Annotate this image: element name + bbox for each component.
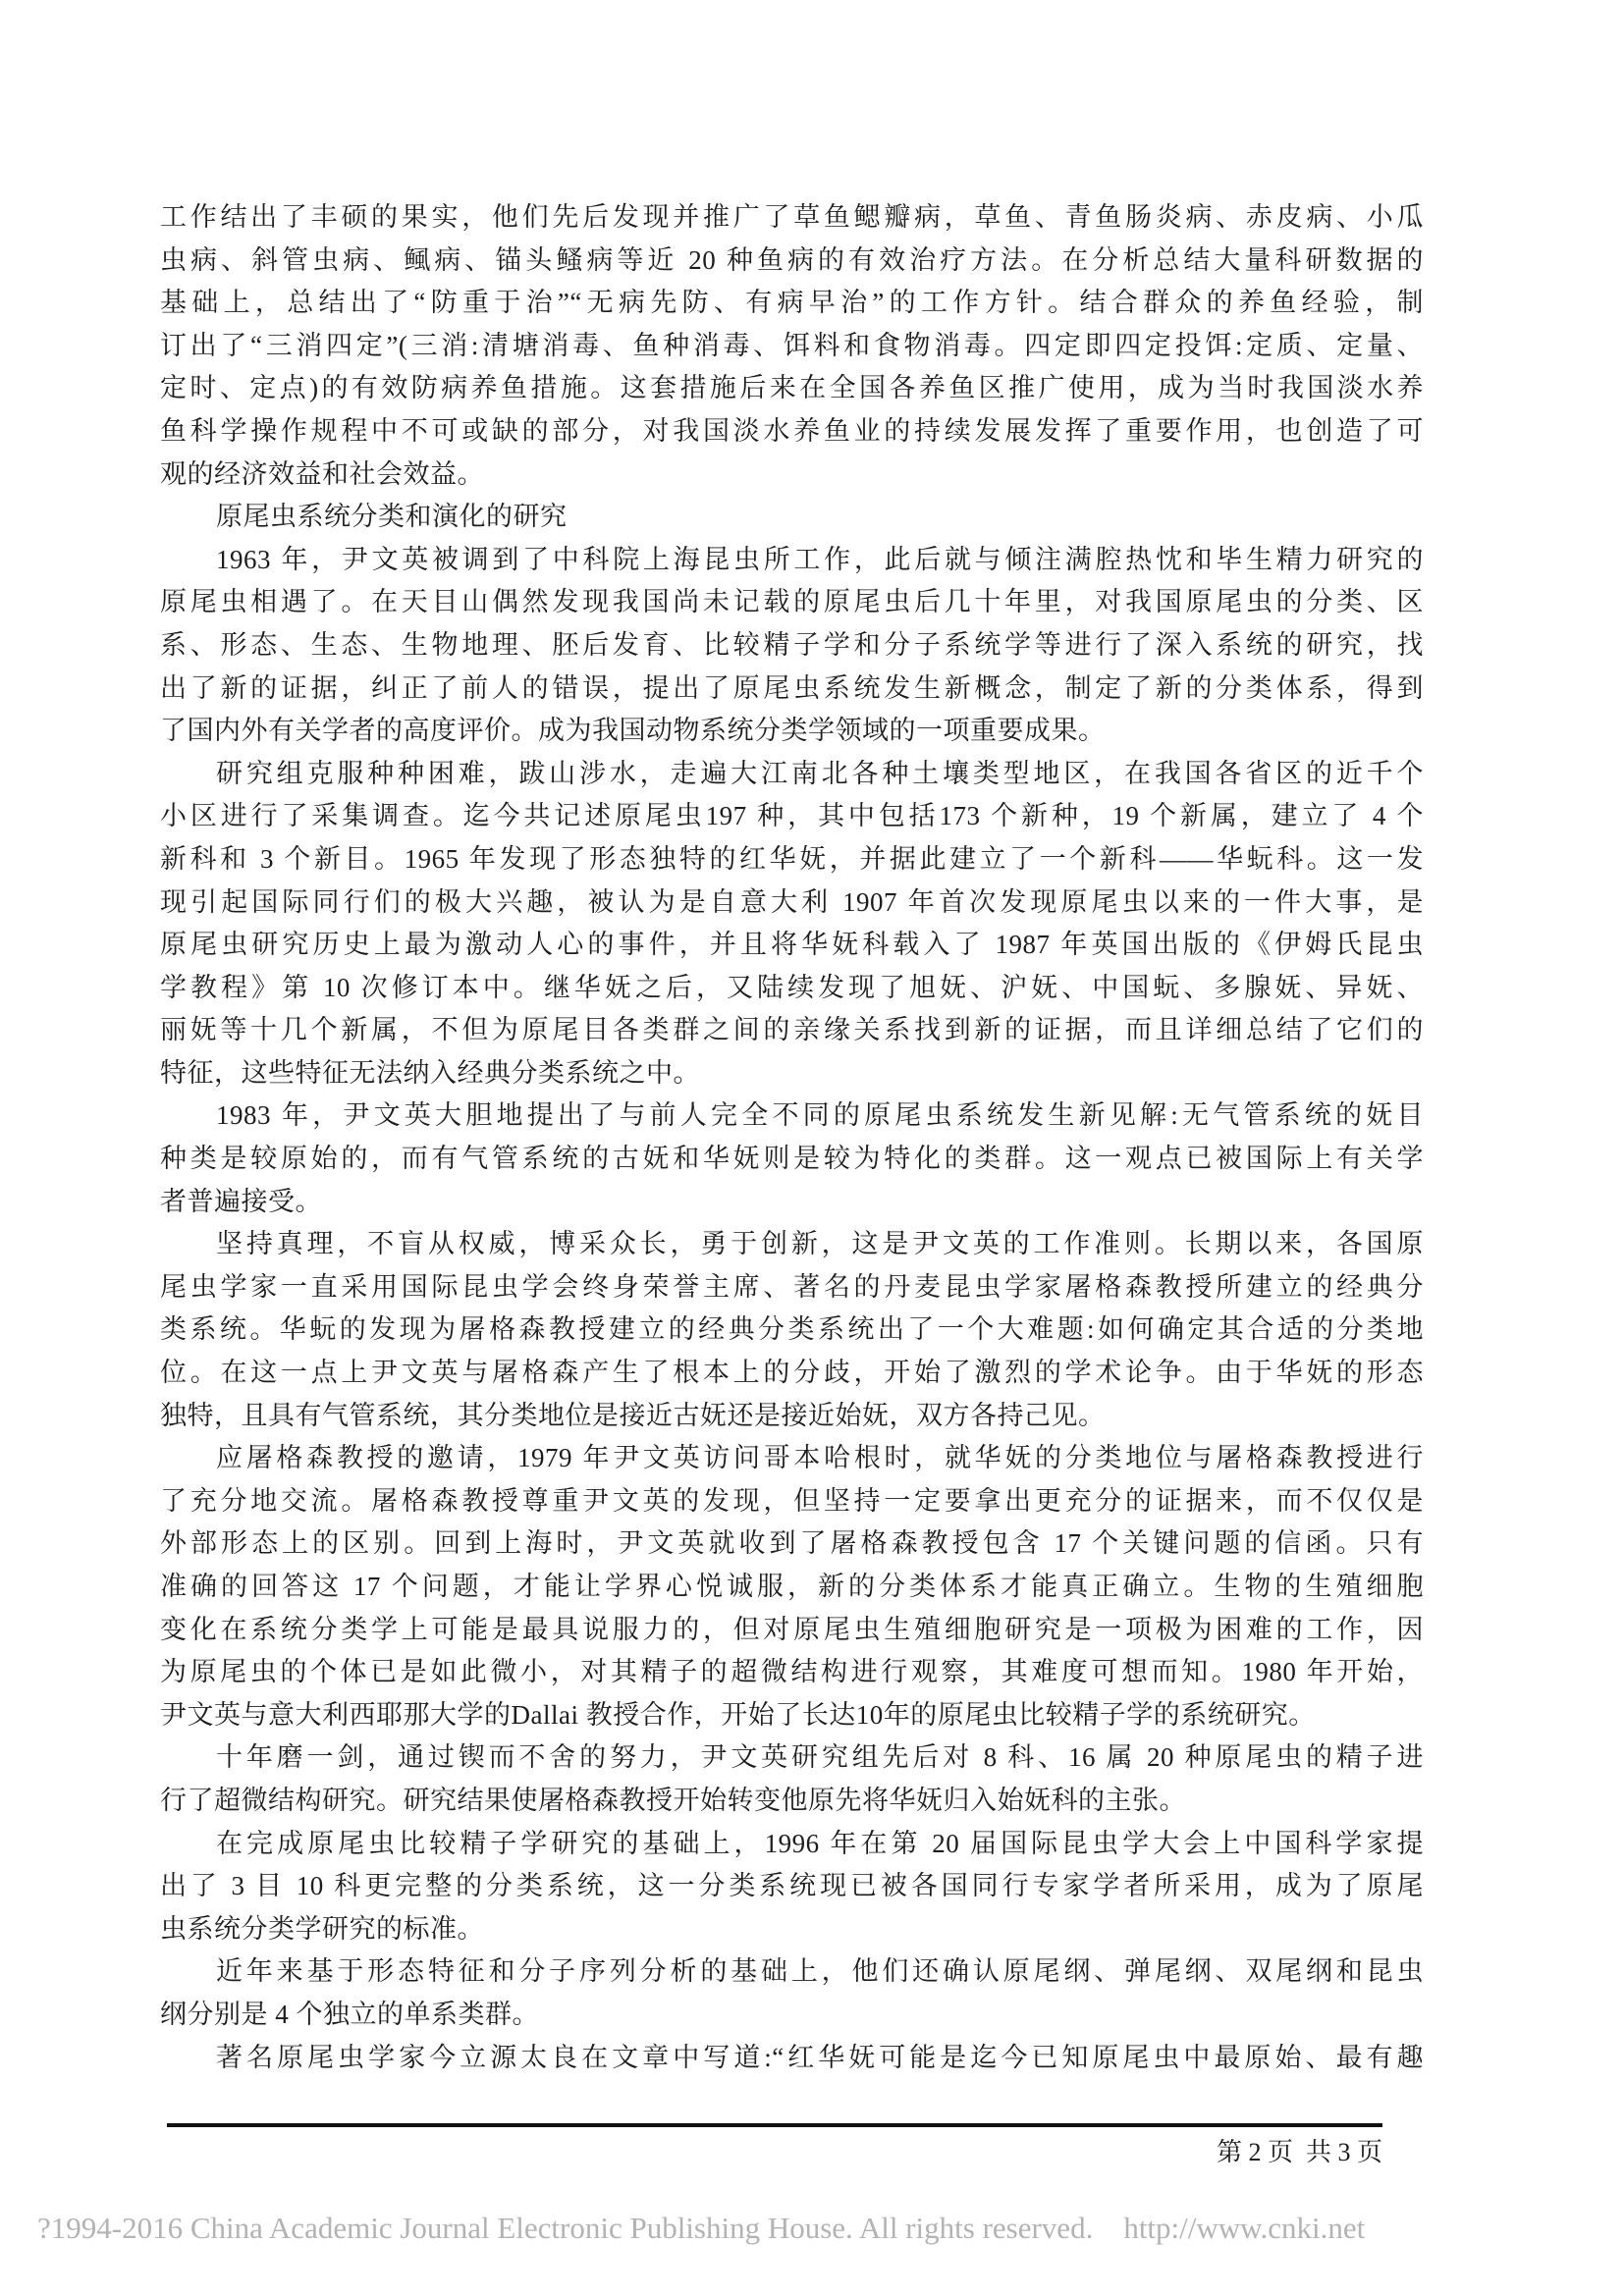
text-line: 类系统。华蚖的发现为屠格森教授建立的经典分类系统出了一个大难题:如何确定其合适的… (160, 1308, 1424, 1352)
text-line: 著名原尾虫学家今立源太良在文章中写道:“红华妩可能是迄今已知原尾虫中最原始、最有… (160, 2037, 1424, 2080)
text-line: 行了超微结构研究。研究结果使屠格森教授开始转变他原先将华妩归入始妩科的主张。 (160, 1780, 1424, 1823)
text-line: 1963 年，尹文英被调到了中科院上海昆虫所工作，此后就与倾注满腔热忱和毕生精力… (160, 539, 1424, 582)
paragraph: 坚持真理，不盲从权威，博采众长，勇于创新，这是尹文英的工作准则。长期以来，各国原… (160, 1223, 1424, 1437)
text-line: 原尾虫系统分类和演化的研究 (160, 496, 1424, 539)
paragraph: 应屠格森教授的邀请，1979 年尹文英访问哥本哈根时，就华妩的分类地位与屠格森教… (160, 1437, 1424, 1736)
text-line: 小区进行了采集调查。迄今共记述原尾虫197 种，其中包括173 个新种，19 个… (160, 795, 1424, 838)
text-line: 新科和 3 个新目。1965 年发现了形态独特的红华妩，并据此建立了一个新科——… (160, 838, 1424, 881)
paragraph: 近年来基于形态特征和分子序列分析的基础上，他们还确认原尾纲、弹尾纲、双尾纲和昆虫… (160, 1950, 1424, 2036)
page: { "document": { "paragraphs": [ { "inden… (0, 0, 1624, 2296)
text-line: 工作结出了丰硕的果实，他们先后发现并推广了草鱼鳃瓣病，草鱼、青鱼肠炎病、赤皮病、… (160, 196, 1424, 240)
text-line: 近年来基于形态特征和分子序列分析的基础上，他们还确认原尾纲、弹尾纲、双尾纲和昆虫 (160, 1950, 1424, 1994)
text-line: 者普遍接受。 (160, 1181, 1424, 1224)
text-line: 原尾虫相遇了。在天目山偶然发现我国尚未记载的原尾虫后几十年里，对我国原尾虫的分类… (160, 581, 1424, 624)
paragraph: 1963 年，尹文英被调到了中科院上海昆虫所工作，此后就与倾注满腔热忱和毕生精力… (160, 539, 1424, 753)
paragraph: 1983 年，尹文英大胆地提出了与前人完全不同的原尾虫系统发生新见解:无气管系统… (160, 1095, 1424, 1223)
text-line: 坚持真理，不盲从权威，博采众长，勇于创新，这是尹文英的工作准则。长期以来，各国原 (160, 1223, 1424, 1266)
text-line: 鱼科学操作规程中不可或缺的部分，对我国淡水养鱼业的持续发展发挥了重要作用，也创造… (160, 410, 1424, 454)
text-line: 观的经济效益和社会效益。 (160, 454, 1424, 497)
text-line: 了充分地交流。屠格森教授尊重尹文英的发现，但坚持一定要拿出更充分的证据来，而不仅… (160, 1480, 1424, 1523)
text-line: 在完成原尾虫比较精子学研究的基础上，1996 年在第 20 届国际昆虫学大会上中… (160, 1823, 1424, 1866)
paragraph: 在完成原尾虫比较精子学研究的基础上，1996 年在第 20 届国际昆虫学大会上中… (160, 1823, 1424, 1951)
text-line: 为原尾虫的个体已是如此微小，对其精子的超微结构进行观察，其难度可想而知。1980… (160, 1651, 1424, 1694)
text-line: 虫病、斜管虫病、鲺病、锚头鳋病等近 20 种鱼病的有效治疗方法。在分析总结大量科… (160, 240, 1424, 283)
text-line: 基础上，总结出了“防重于治”“无病先防、有病早治”的工作方针。结合群众的养鱼经验… (160, 282, 1424, 325)
footer-divider (167, 2123, 1382, 2127)
paragraph: 研究组克服种种困难，跋山涉水，走遍大江南北各种土壤类型地区，在我国各省区的近千个… (160, 753, 1424, 1095)
text-line: 现引起国际同行们的极大兴趣，被认为是自意大利 1907 年首次发现原尾虫以来的一… (160, 881, 1424, 925)
text-line: 丽妩等十几个新属，不但为原尾目各类群之间的亲缘关系找到新的证据，而且详细总结了它… (160, 1009, 1424, 1052)
page-indicator: 第 2 页 共 3 页 (167, 2132, 1382, 2168)
text-line: 十年磨一剑，通过锲而不舍的努力，尹文英研究组先后对 8 科、16 属 20 种原… (160, 1736, 1424, 1780)
text-line: 独特，且具有气管系统，其分类地位是接近古妩还是接近始妩，双方各持己见。 (160, 1395, 1424, 1438)
text-line: 了国内外有关学者的高度评价。成为我国动物系统分类学领域的一项重要成果。 (160, 710, 1424, 753)
paragraph: 著名原尾虫学家今立源太良在文章中写道:“红华妩可能是迄今已知原尾虫中最原始、最有… (160, 2037, 1424, 2080)
text-line: 尾虫学家一直采用国际昆虫学会终身荣誉主席、著名的丹麦昆虫学家屠格森教授所建立的经… (160, 1266, 1424, 1309)
text-line: 系、形态、生态、生物地理、胚后发育、比较精子学和分子系统学等进行了深入系统的研究… (160, 624, 1424, 667)
text-line: 订出了“三消四定”(三消:清塘消毒、鱼种消毒、饵料和食物消毒。四定即四定投饵:定… (160, 325, 1424, 368)
section-heading: 原尾虫系统分类和演化的研究 (160, 496, 1424, 539)
text-line: 准确的回答这 17 个问题，才能让学界心悦诚服，新的分类体系才能真正确立。生物的… (160, 1566, 1424, 1609)
text-line: 出了新的证据，纠正了前人的错误，提出了原尾虫系统发生新概念，制定了新的分类体系，… (160, 667, 1424, 711)
text-line: 学教程》第 10 次修订本中。继华妩之后，又陆续发现了旭妩、沪妩、中国蚖、多腺妩… (160, 967, 1424, 1010)
paragraph: 十年磨一剑，通过锲而不舍的努力，尹文英研究组先后对 8 科、16 属 20 种原… (160, 1736, 1424, 1822)
text-line: 应屠格森教授的邀请，1979 年尹文英访问哥本哈根时，就华妩的分类地位与屠格森教… (160, 1437, 1424, 1480)
text-line: 位。在这一点上尹文英与屠格森产生了根本上的分歧，开始了激烈的学术论争。由于华妩的… (160, 1352, 1424, 1395)
text-line: 纲分别是 4 个独立的单系类群。 (160, 1994, 1424, 2037)
paragraph: 工作结出了丰硕的果实，他们先后发现并推广了草鱼鳃瓣病，草鱼、青鱼肠炎病、赤皮病、… (160, 196, 1424, 496)
text-line: 种类是较原始的，而有气管系统的古妩和华妩则是较为特化的类群。这一观点已被国际上有… (160, 1138, 1424, 1181)
text-line: 变化在系统分类学上可能是最具说服力的，但对原尾虫生殖细胞研究是一项极为困难的工作… (160, 1609, 1424, 1652)
text-line: 研究组克服种种困难，跋山涉水，走遍大江南北各种土壤类型地区，在我国各省区的近千个 (160, 753, 1424, 796)
text-line: 外部形态上的区别。回到上海时，尹文英就收到了屠格森教授包含 17 个关键问题的信… (160, 1522, 1424, 1566)
text-line: 出了 3 目 10 科更完整的分类系统，这一分类系统现已被各国同行专家学者所采用… (160, 1865, 1424, 1908)
text-line: 虫系统分类学研究的标准。 (160, 1908, 1424, 1951)
text-line: 原尾虫研究历史上最为激动人心的事件，并且将华妩科载入了 1987 年英国出版的《… (160, 924, 1424, 967)
article-text: 工作结出了丰硕的果实，他们先后发现并推广了草鱼鳃瓣病，草鱼、青鱼肠炎病、赤皮病、… (160, 196, 1424, 2079)
copyright-watermark: ?1994-2016 China Academic Journal Electr… (37, 2211, 1365, 2246)
text-line: 1983 年，尹文英大胆地提出了与前人完全不同的原尾虫系统发生新见解:无气管系统… (160, 1095, 1424, 1138)
text-line: 定时、定点)的有效防病养鱼措施。这套措施后来在全国各养鱼区推广使用，成为当时我国… (160, 367, 1424, 410)
text-line: 尹文英与意大利西耶那大学的Dallai 教授合作，开始了长达10年的原尾虫比较精… (160, 1694, 1424, 1737)
text-line: 特征，这些特征无法纳入经典分类系统之中。 (160, 1052, 1424, 1095)
